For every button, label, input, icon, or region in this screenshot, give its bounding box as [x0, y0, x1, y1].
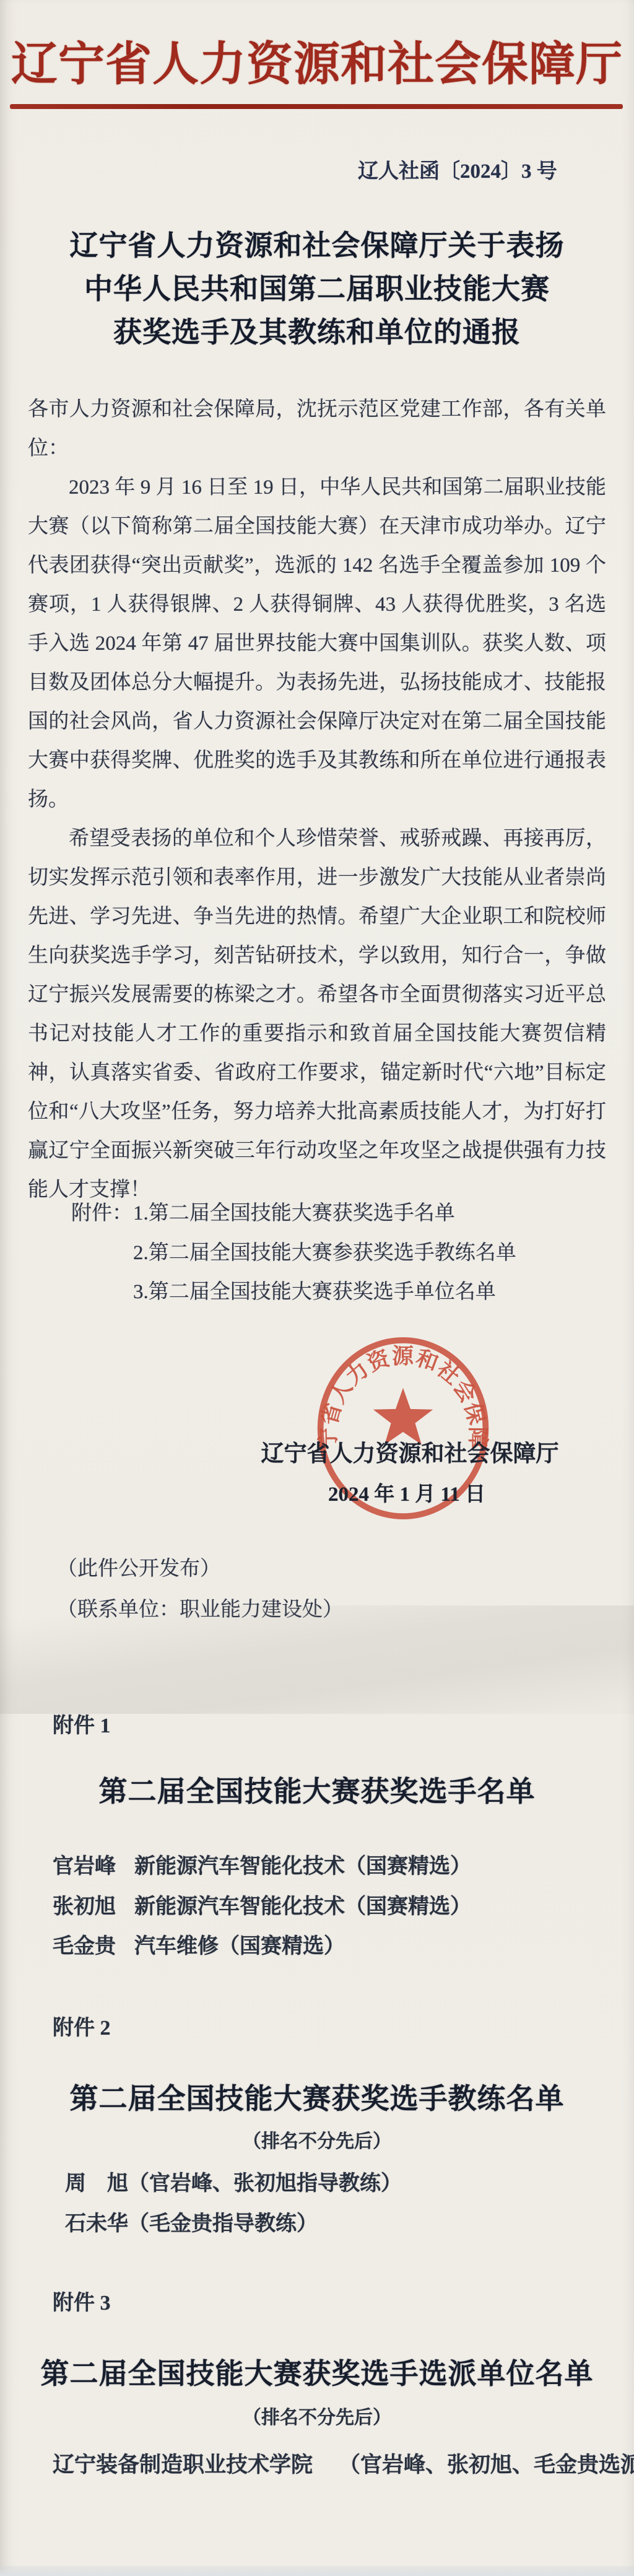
attachment-row: 3.第二届全国技能大赛获奖选手单位名单	[71, 1273, 516, 1312]
winner-event: 新能源汽车智能化技术（国赛精选）	[134, 1895, 471, 1918]
coach-name: 石未华	[65, 2212, 128, 2235]
salutation: 各市人力资源和社会保障局，沈抚示范区党建工作部，各有关单位：	[28, 390, 606, 468]
winner-name: 张初旭	[53, 1887, 134, 1928]
attachment-row: 2.第二届全国技能大赛参获奖选手教练名单	[71, 1234, 516, 1273]
winner-name: 毛金贵	[53, 1927, 134, 1967]
attachment-item: 1.第二届全国技能大赛获奖选手名单	[133, 1202, 455, 1225]
notice-title: 辽宁省人力资源和社会保障厅关于表扬 中华人民共和国第二届职业技能大赛 获奖选手及…	[0, 224, 634, 354]
attachment-item: 2.第二届全国技能大赛参获奖选手教练名单	[133, 1242, 516, 1264]
note-public-release: （此件公开发布）	[57, 1552, 220, 1581]
scanned-document-page: 辽宁省人力资源和社会保障厅 辽人社函〔2024〕3 号 辽宁省人力资源和社会保障…	[0, 0, 634, 2576]
coach-detail: （官岩峰、张初旭指导教练）	[128, 2172, 402, 2195]
masthead: 辽宁省人力资源和社会保障厅	[0, 27, 634, 94]
notice-body: 各市人力资源和社会保障局，沈抚示范区党建工作部，各有关单位： 2023 年 9 …	[28, 390, 606, 1210]
page-scan-shadow	[0, 1605, 634, 1714]
roster-row: 张初旭新能源汽车智能化技术（国赛精选）	[53, 1887, 471, 1928]
appendix-3-roster: 辽宁装备制造职业技术学院（官岩峰、张初旭、毛金贵选派单位）	[53, 2445, 634, 2486]
unit-detail: （官岩峰、张初旭、毛金贵选派单位）	[339, 2453, 634, 2477]
attachments-list: 附件：1.第二届全国技能大赛获奖选手名单 2.第二届全国技能大赛参获奖选手教练名…	[71, 1194, 516, 1312]
winner-name: 官岩峰	[53, 1847, 134, 1887]
coach-name: 周 旭	[65, 2172, 128, 2195]
roster-row: 毛金贵汽车维修（国赛精选）	[53, 1927, 471, 1967]
sign-date: 2024 年 1 月 11 日	[0, 1478, 634, 1507]
appendix-1-title: 第二届全国技能大赛获奖选手名单	[0, 1769, 634, 1810]
masthead-rule	[10, 104, 623, 109]
appendix-2-roster: 周 旭（官岩峰、张初旭指导教练） 石未华（毛金贵指导教练）	[65, 2164, 402, 2244]
body-paragraph: 2023 年 9 月 16 日至 19 日，中华人民共和国第二届职业技能大赛（以…	[28, 468, 606, 819]
attachment-item: 3.第二届全国技能大赛获奖选手单位名单	[133, 1281, 496, 1303]
appendix-3-title: 第二届全国技能大赛获奖选手选派单位名单	[0, 2351, 634, 2392]
appendix-1-roster: 官岩峰新能源汽车智能化技术（国赛精选） 张初旭新能源汽车智能化技术（国赛精选） …	[53, 1847, 471, 1967]
notice-title-line: 中华人民共和国第二届职业技能大赛	[0, 268, 634, 311]
doc-number: 辽人社函〔2024〕3 号	[358, 155, 557, 184]
notice-title-line: 辽宁省人力资源和社会保障厅关于表扬	[0, 224, 634, 268]
signer-name: 辽宁省人力资源和社会保障厅	[0, 1434, 634, 1468]
body-paragraph: 希望受表扬的单位和个人珍惜荣誉、戒骄戒躁、再接再厉，切实发挥示范引领和表率作用，…	[28, 819, 606, 1210]
appendix-2-subtitle: （排名不分先后）	[0, 2126, 634, 2153]
appendix-3-label: 附件 3	[53, 2286, 111, 2316]
roster-row: 周 旭（官岩峰、张初旭指导教练）	[65, 2164, 402, 2204]
appendix-2-label: 附件 2	[53, 2011, 111, 2041]
notice-title-line: 获奖选手及其教练和单位的通报	[0, 311, 634, 354]
appendix-3-subtitle: （排名不分先后）	[0, 2402, 634, 2429]
roster-row: 石未华（毛金贵指导教练）	[65, 2204, 402, 2245]
appendix-2-title: 第二届全国技能大赛获奖选手教练名单	[0, 2076, 634, 2117]
appendix-1-label: 附件 1	[53, 1708, 111, 1739]
winner-event: 新能源汽车智能化技术（国赛精选）	[134, 1855, 471, 1878]
coach-detail: （毛金贵指导教练）	[128, 2212, 318, 2235]
unit-name: 辽宁装备制造职业技术学院	[53, 2453, 313, 2477]
attachment-row: 附件：1.第二届全国技能大赛获奖选手名单	[71, 1194, 516, 1234]
attachments-label: 附件：	[71, 1194, 133, 1234]
winner-event: 汽车维修（国赛精选）	[134, 1935, 345, 1958]
roster-row: 官岩峰新能源汽车智能化技术（国赛精选）	[53, 1847, 471, 1887]
scan-bottom-edge	[0, 2566, 634, 2576]
